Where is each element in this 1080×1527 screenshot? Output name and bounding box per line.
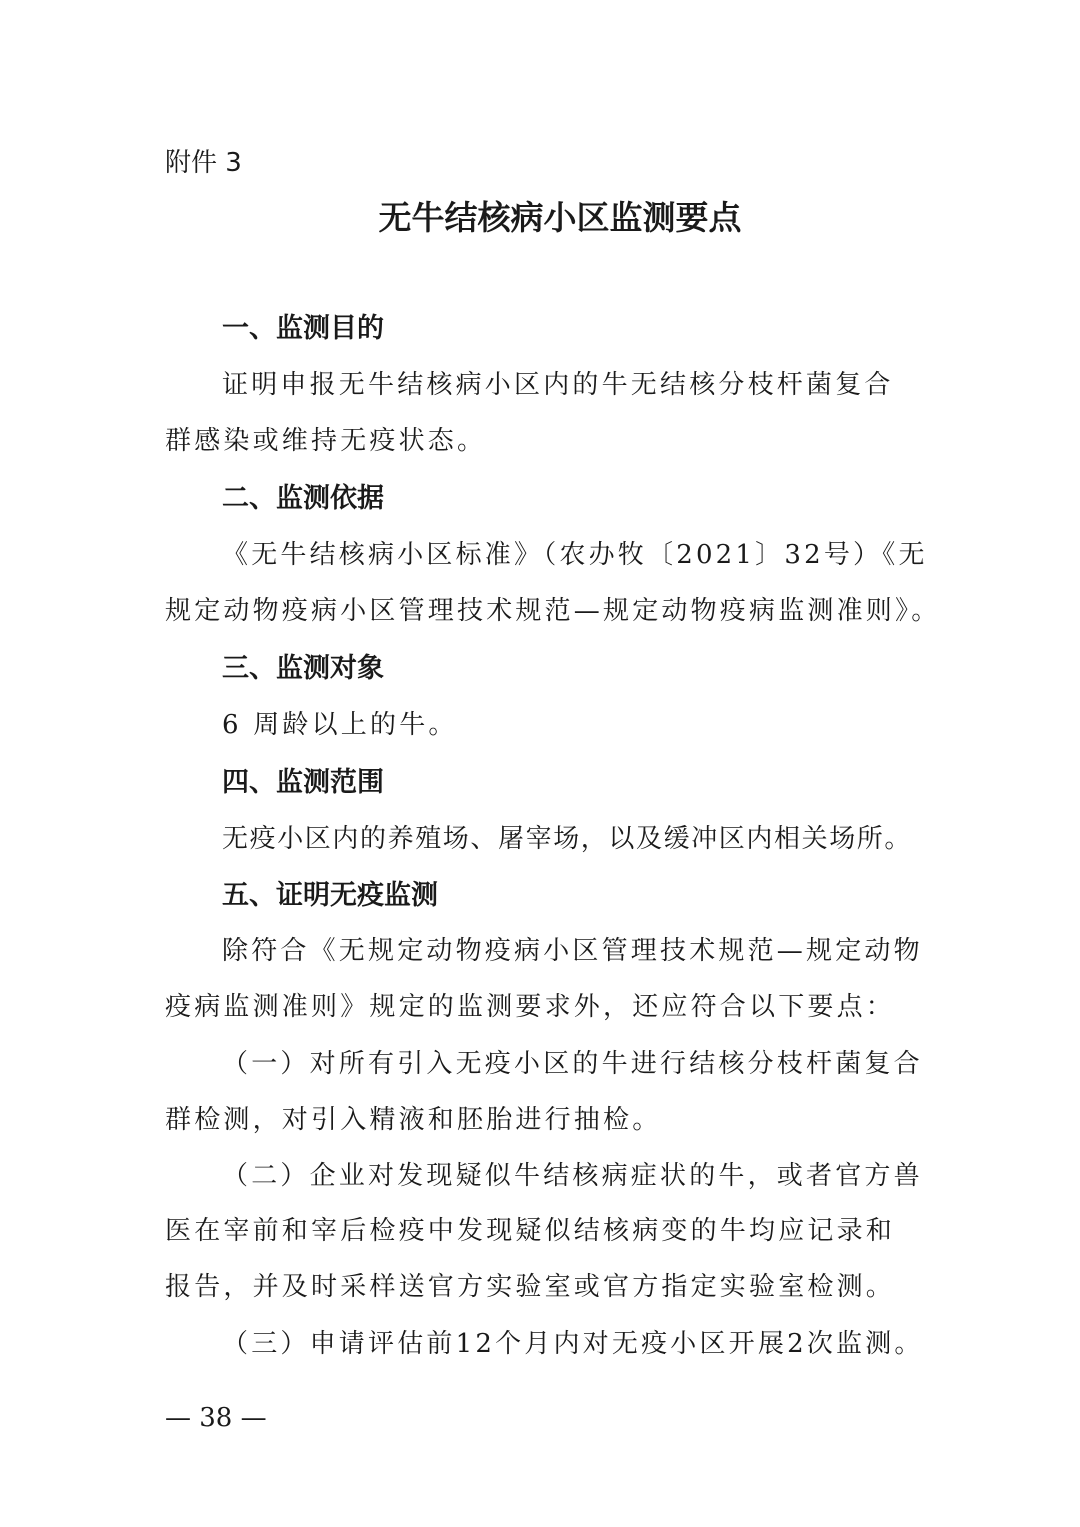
section-heading-subject: 三、监测对象 bbox=[222, 646, 384, 685]
paragraph-line: 6 周龄以上的牛。 bbox=[222, 704, 458, 741]
page-number: — 38 — bbox=[165, 1403, 267, 1433]
document-title: 无牛结核病小区监测要点 bbox=[0, 192, 1080, 239]
paragraph-line: 证明申报无牛结核病小区内的牛无结核分枝杆菌复合 bbox=[222, 364, 894, 401]
paragraph-line: 群检测，对引入精液和胚胎进行抽检。 bbox=[165, 1099, 661, 1136]
paragraph-line: （一）对所有引入无疫小区的牛进行结核分枝杆菌复合 bbox=[222, 1043, 923, 1080]
paragraph-line: 医在宰前和宰后检疫中发现疑似结核病变的牛均应记录和 bbox=[165, 1210, 895, 1247]
section-heading-basis: 二、监测依据 bbox=[222, 476, 384, 515]
paragraph-line: 无疫小区内的养殖场、屠宰场，以及缓冲区内相关场所。 bbox=[222, 818, 912, 855]
paragraph-line: 报告，并及时采样送官方实验室或官方指定实验室检测。 bbox=[165, 1266, 895, 1303]
section-heading-proof: 五、证明无疫监测 bbox=[222, 873, 438, 912]
paragraph-line: （三）申请评估前12个月内对无疫小区开展2次监测。 bbox=[222, 1323, 924, 1360]
paragraph-line: 除符合《无规定动物疫病小区管理技术规范—规定动物 bbox=[222, 930, 923, 967]
paragraph-line: 规定动物疫病小区管理技术规范—规定动物疫病监测准则》。 bbox=[165, 590, 940, 627]
paragraph-line: 群感染或维持无疫状态。 bbox=[165, 420, 486, 457]
attachment-label: 附件 3 bbox=[165, 142, 242, 179]
section-heading-purpose: 一、监测目的 bbox=[222, 306, 384, 345]
paragraph-line: 疫病监测准则》规定的监测要求外，还应符合以下要点： bbox=[165, 986, 895, 1023]
paragraph-line: （二）企业对发现疑似牛结核病症状的牛，或者官方兽 bbox=[222, 1155, 923, 1192]
paragraph-line: 《无牛结核病小区标准》（农办牧〔2021〕32号）《无 bbox=[222, 534, 928, 571]
section-heading-scope: 四、监测范围 bbox=[222, 760, 384, 799]
